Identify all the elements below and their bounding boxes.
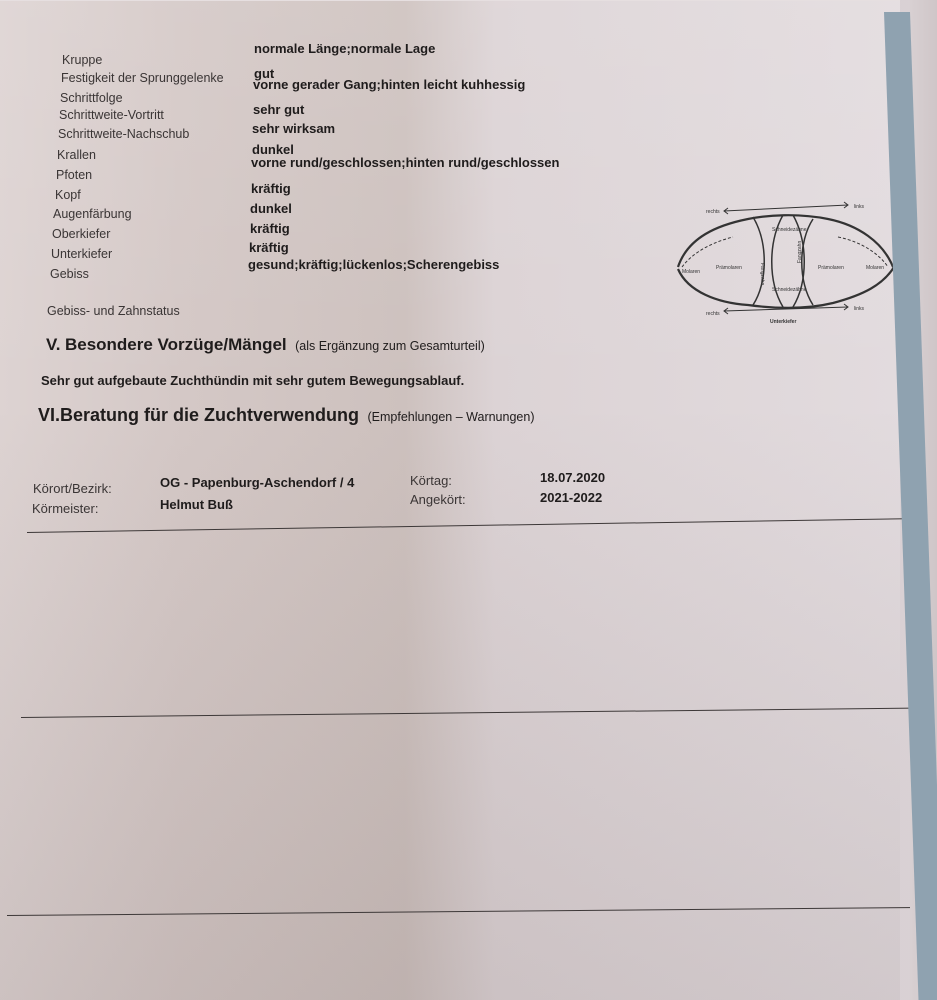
diagram-label-premolars-left: Prämolaren	[818, 265, 844, 271]
attribute-value: kräftig	[250, 221, 290, 236]
divider-line	[21, 707, 936, 718]
dental-status-label: Gebiss- und Zahnstatus	[47, 304, 180, 318]
attribute-value: dunkel	[250, 201, 292, 216]
section-v-subtitle: (als Ergänzung zum Gesamturteil)	[295, 339, 485, 353]
section-vi-heading: VI.Beratung für die Zuchtverwendung (Emp…	[38, 405, 534, 426]
dental-diagram: rechts links Schneidezähne Schneidezähne…	[668, 197, 900, 327]
attribute-label: Kopf	[55, 188, 81, 202]
period-label: Angekört:	[410, 492, 466, 507]
section-v-heading: V. Besondere Vorzüge/Mängel (als Ergänzu…	[46, 335, 485, 355]
period-value: 2021-2022	[540, 490, 602, 505]
section-v-number: V.	[46, 335, 61, 354]
date-value: 18.07.2020	[540, 470, 605, 485]
attribute-label: Krallen	[57, 148, 96, 162]
diagram-label-incisors-bottom: Schneidezähne	[772, 287, 807, 293]
attribute-label: Pfoten	[56, 168, 92, 182]
attribute-value: sehr wirksam	[252, 121, 335, 136]
attribute-value: vorne rund/geschlossen;hinten rund/gesch…	[251, 155, 559, 170]
attribute-value: gesund;kräftig;lückenlos;Scherengebiss	[248, 257, 499, 272]
attribute-value: kräftig	[249, 240, 289, 255]
divider-line	[7, 907, 937, 916]
divider-line	[27, 518, 922, 533]
attribute-label: Festigkeit der Sprunggelenke	[61, 71, 224, 85]
diagram-label-right-bottom: rechts	[706, 311, 720, 317]
section-v-text: Sehr gut aufgebaute Zuchthündin mit sehr…	[41, 373, 464, 388]
attribute-value: vorne gerader Gang;hinten leicht kuhhess…	[253, 77, 525, 92]
diagram-label-premolars-right: Prämolaren	[716, 265, 742, 271]
diagram-label-canine-left: Fangzahn	[797, 241, 803, 263]
attribute-label: Kruppe	[62, 53, 102, 67]
diagram-label-canine-right: Fangzahn	[759, 263, 765, 285]
section-vi-number: VI.	[38, 405, 60, 425]
diagram-label-left-bottom: links	[854, 306, 865, 312]
attribute-label: Unterkiefer	[51, 247, 112, 261]
date-label: Körtag:	[410, 473, 452, 488]
attribute-label: Gebiss	[50, 267, 89, 281]
diagram-label-left: links	[854, 204, 865, 210]
diagram-label-lower-jaw: Unterkiefer	[770, 319, 796, 325]
attribute-value: sehr gut	[253, 102, 304, 117]
diagram-label-molars-right: Molaren	[682, 269, 700, 275]
attribute-label: Oberkiefer	[52, 227, 110, 241]
attribute-label: Schrittfolge	[60, 91, 123, 105]
attribute-label: Schrittweite-Nachschub	[58, 127, 189, 141]
attribute-label: Schrittweite-Vortritt	[59, 108, 164, 122]
document-page: Kruppe normale Länge;normale Lage Festig…	[0, 0, 900, 1000]
diagram-label-incisors-top: Schneidezähne	[772, 227, 807, 233]
attribute-label: Augenfärbung	[53, 207, 132, 221]
diagram-label-molars-left: Molaren	[866, 265, 884, 271]
section-vi-subtitle: (Empfehlungen – Warnungen)	[367, 410, 534, 424]
attribute-value: kräftig	[251, 181, 291, 196]
location-value: OG - Papenburg-Aschendorf / 4	[160, 475, 354, 490]
judge-label: Körmeister:	[32, 501, 98, 516]
section-vi-title: Beratung für die Zuchtverwendung	[60, 405, 359, 425]
location-label: Körort/Bezirk:	[33, 481, 112, 496]
attribute-value: normale Länge;normale Lage	[254, 41, 435, 56]
judge-value: Helmut Buß	[160, 497, 233, 512]
diagram-label-right: rechts	[706, 209, 720, 215]
section-v-title: Besondere Vorzüge/Mängel	[65, 335, 287, 354]
